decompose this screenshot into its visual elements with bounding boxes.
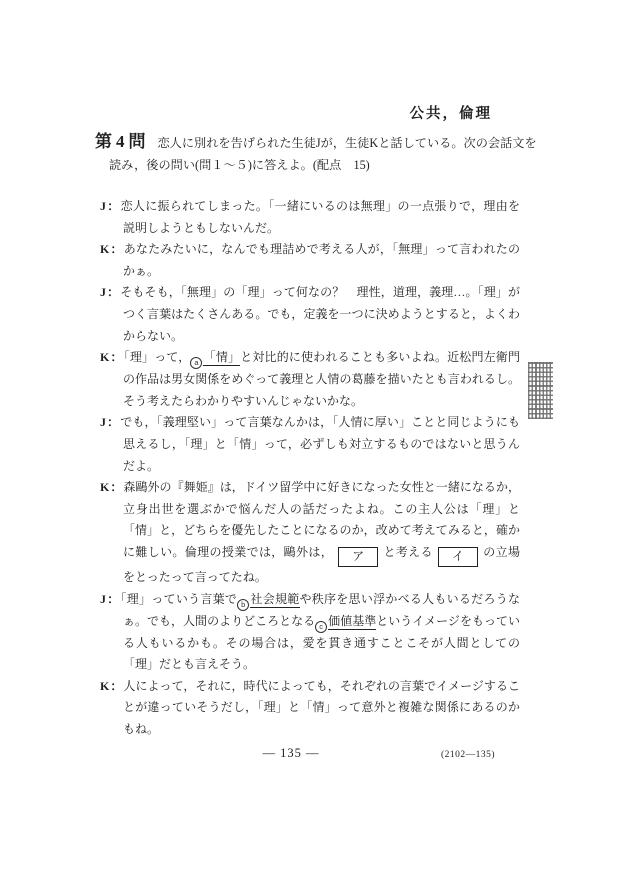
question-intro-text: 恋人に別れを告げられた生徒Jが，生徒Kと話している。次の会話文を読み，後の問い(…: [109, 136, 537, 172]
dialogue-text: そもそも，「無理」の「理」って何なの？ 理性，道理，義理…。「理」がつく言葉はた…: [120, 285, 520, 342]
page-edge-marker-block: [528, 362, 553, 419]
question-header: 第4問恋人に別れを告げられた生徒Jが，生徒Kと話している。次の会話文を読み，後の…: [95, 131, 537, 176]
speaker-label: K：: [100, 679, 123, 693]
dialogue-block: J：恋人に振られてしまった。「一緒にいるのは無理」の一点張りで，理由を説明しよう…: [100, 196, 520, 740]
circled-label: b: [237, 599, 249, 611]
dialogue-text: 「理」って，: [124, 350, 191, 364]
speaker-label: K：: [100, 480, 123, 494]
speaker-label: J：: [100, 199, 121, 213]
dialogue-turn: K：人によって，それに，時代によっても，それぞれの言葉でイメージすることが違って…: [100, 676, 520, 741]
dialogue-turn: J：「理」っていう言葉でb社会規範や秩序を思い浮かべる人もいるだろうなぁ。でも，…: [100, 589, 520, 676]
underlined-term: 社会規範: [250, 592, 299, 608]
dialogue-turn: J：そもそも，「無理」の「理」って何なの？ 理性，道理，義理…。「理」がつく言葉…: [100, 282, 520, 347]
question-number: 第4問: [95, 132, 150, 151]
dialogue-text: あなたみたいに，なんでも理詰めで考える人が，「無理」って言われたのかぁ。: [123, 242, 520, 278]
subject-label: 公共，倫理: [410, 102, 493, 123]
speaker-label: J：: [100, 285, 120, 299]
speaker-label: K：: [100, 242, 124, 256]
underlined-term: 価値基準: [328, 614, 376, 630]
dialogue-text: と考える: [383, 545, 433, 559]
dialogue-text: 「理」っていう言葉で: [121, 592, 238, 606]
dialogue-turn: K：「理」って，a「情」と対比的に使われることも多いよね。近松門左衛門の作品は男…: [100, 347, 520, 412]
circled-label: c: [315, 621, 327, 633]
speaker-label: J：: [100, 415, 120, 429]
circled-label: a: [190, 357, 202, 369]
speaker-label: K：: [100, 350, 124, 364]
speaker-label: J：: [100, 592, 121, 606]
dialogue-turn: K：森鷗外の『舞姫』は，ドイツ留学中に好きになった女性と一緒になるか，立身出世を…: [100, 477, 520, 588]
exam-page: 公共，倫理 第4問恋人に別れを告げられた生徒Jが，生徒Kと話している。次の会話文…: [0, 0, 620, 876]
answer-blank-box: イ: [438, 547, 478, 567]
dialogue-turn: J：でも，「義理堅い」って言葉なんかは，「人情に厚い」ことと同じようにも思えるし…: [100, 412, 520, 477]
dialogue-text: でも，「義理堅い」って言葉なんかは，「人情に厚い」ことと同じようにも思えるし，「…: [120, 415, 520, 472]
underlined-term: 「情」: [203, 350, 240, 366]
dialogue-text: 人によって，それに，時代によっても，それぞれの言葉でイメージすることが違っていそ…: [123, 679, 520, 736]
answer-blank-box: ア: [338, 547, 378, 567]
dialogue-turn: K：あなたみたいに，なんでも理詰めで考える人が，「無理」って言われたのかぁ。: [100, 239, 520, 282]
dialogue-text: 恋人に振られてしまった。「一緒にいるのは無理」の一点張りで，理由を説明しようとも…: [121, 199, 520, 235]
page-code: (2102—135): [441, 750, 495, 760]
dialogue-turn: J：恋人に振られてしまった。「一緒にいるのは無理」の一点張りで，理由を説明しよう…: [100, 196, 520, 239]
